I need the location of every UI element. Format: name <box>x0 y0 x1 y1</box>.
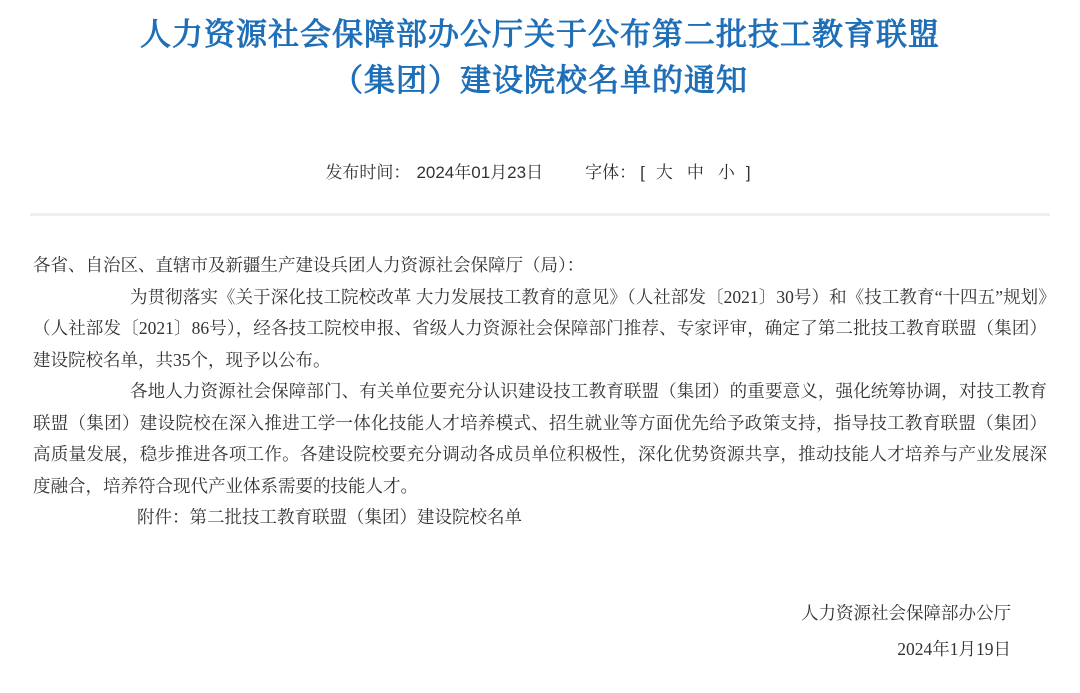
font-size-small-button[interactable]: 小 <box>718 163 735 182</box>
attachment-line: 附件：第二批技工教育联盟（集团）建设院校名单 <box>33 502 1047 534</box>
font-size-label: 字体： <box>585 163 636 182</box>
publish-date: 2024年01月23日 <box>416 163 543 182</box>
document-title-line-2: （集团）建设院校名单的通知 <box>0 58 1080 104</box>
publish-time-label: 发布时间： <box>325 163 410 182</box>
salutation-line: 各省、自治区、直辖市及新疆生产建设兵团人力资源社会保障厅（局）： <box>33 250 1047 282</box>
document-title: 人力资源社会保障部办公厅关于公布第二批技工教育联盟 （集团）建设院校名单的通知 <box>0 0 1080 104</box>
font-size-bracket-close: ] <box>746 163 751 182</box>
document-page: 人力资源社会保障部办公厅关于公布第二批技工教育联盟 （集团）建设院校名单的通知 … <box>0 0 1080 693</box>
document-body: 各省、自治区、直辖市及新疆生产建设兵团人力资源社会保障厅（局）： 为贯彻落实《关… <box>33 216 1047 666</box>
document-title-line-1: 人力资源社会保障部办公厅关于公布第二批技工教育联盟 <box>0 12 1080 58</box>
font-size-medium-button[interactable]: 中 <box>687 163 704 182</box>
signature-date: 2024年1月19日 <box>33 634 1011 666</box>
attachment-link[interactable]: 第二批技工教育联盟（集团）建设院校名单 <box>190 507 523 527</box>
font-size-control: 字体：[大中小] <box>585 163 754 182</box>
publish-meta-line: 发布时间：2024年01月23日字体：[大中小] <box>0 158 1080 183</box>
attachment-label: 附件： <box>137 507 190 527</box>
signature-issuer: 人力资源社会保障部办公厅 <box>33 598 1011 630</box>
signature-block: 人力资源社会保障部办公厅 2024年1月19日 <box>33 598 1011 666</box>
body-paragraph-1: 为贯彻落实《关于深化技工院校改革 大力发展技工教育的意见》（人社部发〔2021〕… <box>33 282 1047 377</box>
font-size-large-button[interactable]: 大 <box>656 163 673 182</box>
font-size-bracket-open: [ <box>640 163 645 182</box>
body-paragraph-2: 各地人力资源社会保障部门、有关单位要充分认识建设技工教育联盟（集团）的重要意义，… <box>33 376 1047 502</box>
